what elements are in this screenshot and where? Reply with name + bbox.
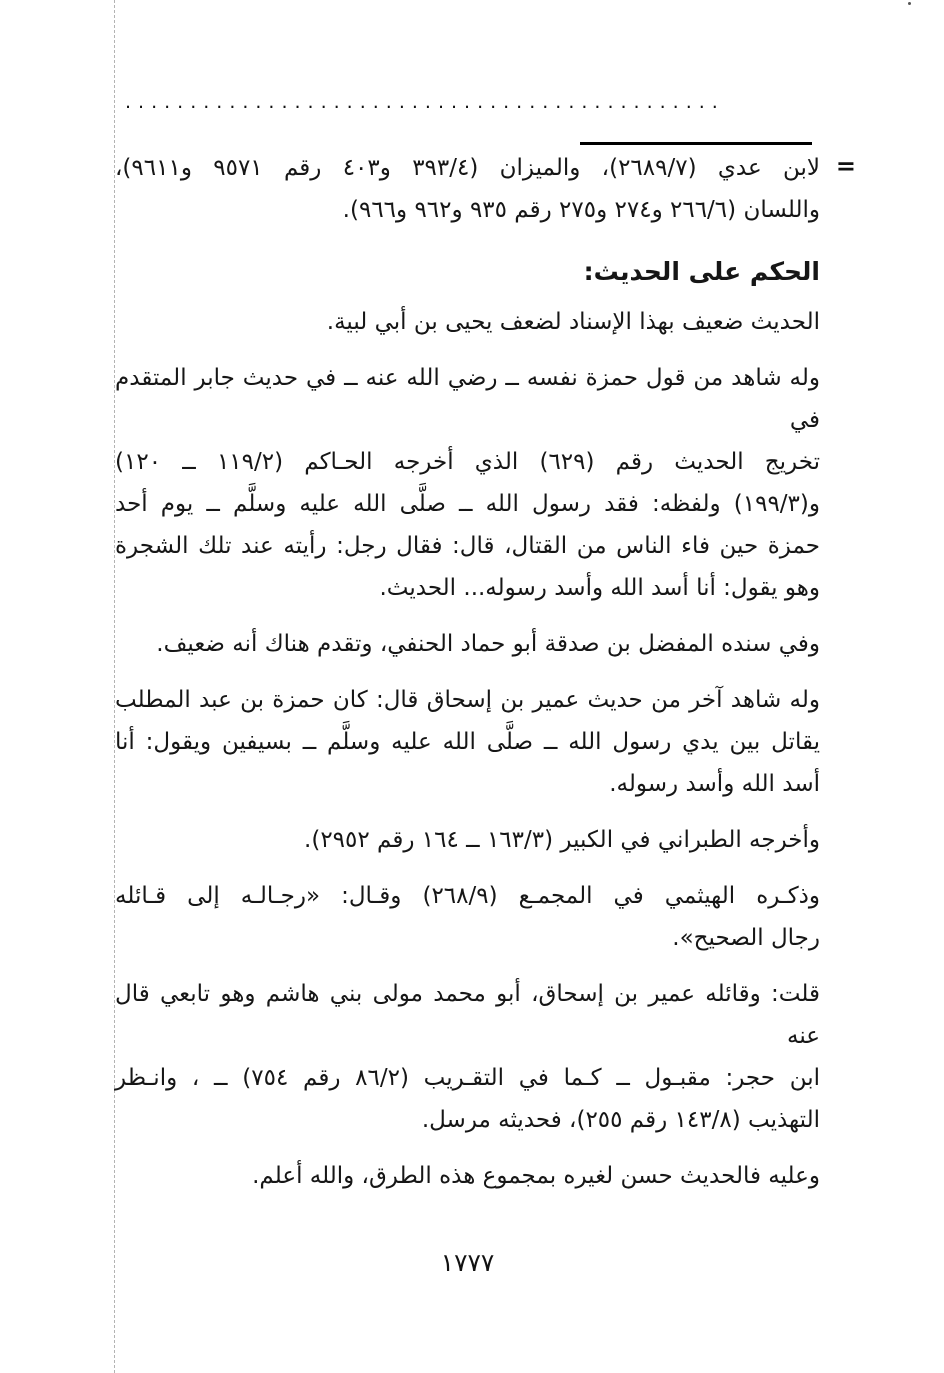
paragraph-line: يقاتل بين يدي رسول الله ــ صلَّى الله عل… (115, 721, 820, 763)
paragraph: وعليه فالحديث حسن لغيره بمجموع هذه الطرق… (115, 1155, 820, 1197)
paragraph-line: حمزة حين فاء الناس من القتال، قال: فقال … (115, 525, 820, 567)
paragraph-line: وفي سنده المفضل بن صدقة أبو حماد الحنفي،… (115, 623, 820, 665)
page-content: ........................................… (115, 0, 820, 1197)
paragraph-line: وهو يقول: أنا أسد الله وأسد رسوله... الح… (115, 567, 820, 609)
paragraph-line: وله شاهد آخر من حديث عمير بن إسحاق قال: … (115, 679, 820, 721)
paragraph: الحديث ضعيف بهذا الإسناد لضعف يحيى بن أب… (115, 301, 820, 343)
body-paragraphs: الحديث ضعيف بهذا الإسناد لضعف يحيى بن أب… (115, 301, 820, 1197)
footnote-text: لابن عدي (٢٦٨٩/٧)، والميزان (٣٩٣/٤ و٤٠٣ … (115, 147, 820, 231)
footnote-line: واللسان (٢٦٦/٦ و٢٧٤ و٢٧٥ رقم ٩٣٥ و٩٦٢ و٩… (115, 189, 820, 231)
paragraph-line: رجال الصحيح». (115, 917, 820, 959)
footnote-separator-line (580, 142, 812, 145)
paragraph: وذكـره الهيثمي في المجمـع (٢٦٨/٩) وقـال:… (115, 875, 820, 959)
paragraph-line: وأخرجه الطبراني في الكبير (١٦٣/٣ ــ ١٦٤ … (115, 819, 820, 861)
paragraph-line: و(١٩٩/٣) ولفظه: فقد رسول الله ــ صلَّى ا… (115, 483, 820, 525)
paragraph: وله شاهد من قول حمزة نفسه ــ رضي الله عن… (115, 357, 820, 609)
paragraph: قلت: وقائله عمير بن إسحاق، أبو محمد مولى… (115, 973, 820, 1141)
footnote-line: لابن عدي (٢٦٨٩/٧)، والميزان (٣٩٣/٤ و٤٠٣ … (115, 147, 820, 189)
omission-dots: ........................................… (125, 92, 790, 112)
book-page: ........................................… (0, 0, 944, 1373)
paragraph-line: وله شاهد من قول حمزة نفسه ــ رضي الله عن… (115, 357, 820, 441)
paragraph-line: تخريج الحديث رقم (٦٢٩) الذي أخرجه الحـاك… (115, 441, 820, 483)
paragraph-line: قلت: وقائله عمير بن إسحاق، أبو محمد مولى… (115, 973, 820, 1057)
footnote-continuation-marker: = (836, 152, 856, 180)
paragraph: وأخرجه الطبراني في الكبير (١٦٣/٣ ــ ١٦٤ … (115, 819, 820, 861)
paragraph-line: ابن حجر: مقبـول ــ كـما في التقـريب (٨٦/… (115, 1057, 820, 1099)
paragraph: وفي سنده المفضل بن صدقة أبو حماد الحنفي،… (115, 623, 820, 665)
paragraph-line: التهذيب (١٤٣/٨ رقم ٢٥٥)، فحديثه مرسل. (115, 1099, 820, 1141)
section-heading: الحكم على الحديث: (115, 253, 820, 291)
paragraph-line: أسد الله وأسد رسوله. (115, 763, 820, 805)
paragraph: وله شاهد آخر من حديث عمير بن إسحاق قال: … (115, 679, 820, 805)
paragraph-line: الحديث ضعيف بهذا الإسناد لضعف يحيى بن أب… (115, 301, 820, 343)
page-number: ١٧٧٧ (115, 1248, 820, 1277)
scan-speck (908, 2, 911, 5)
paragraph-line: وذكـره الهيثمي في المجمـع (٢٦٨/٩) وقـال:… (115, 875, 820, 917)
paragraph-line: وعليه فالحديث حسن لغيره بمجموع هذه الطرق… (115, 1155, 820, 1197)
